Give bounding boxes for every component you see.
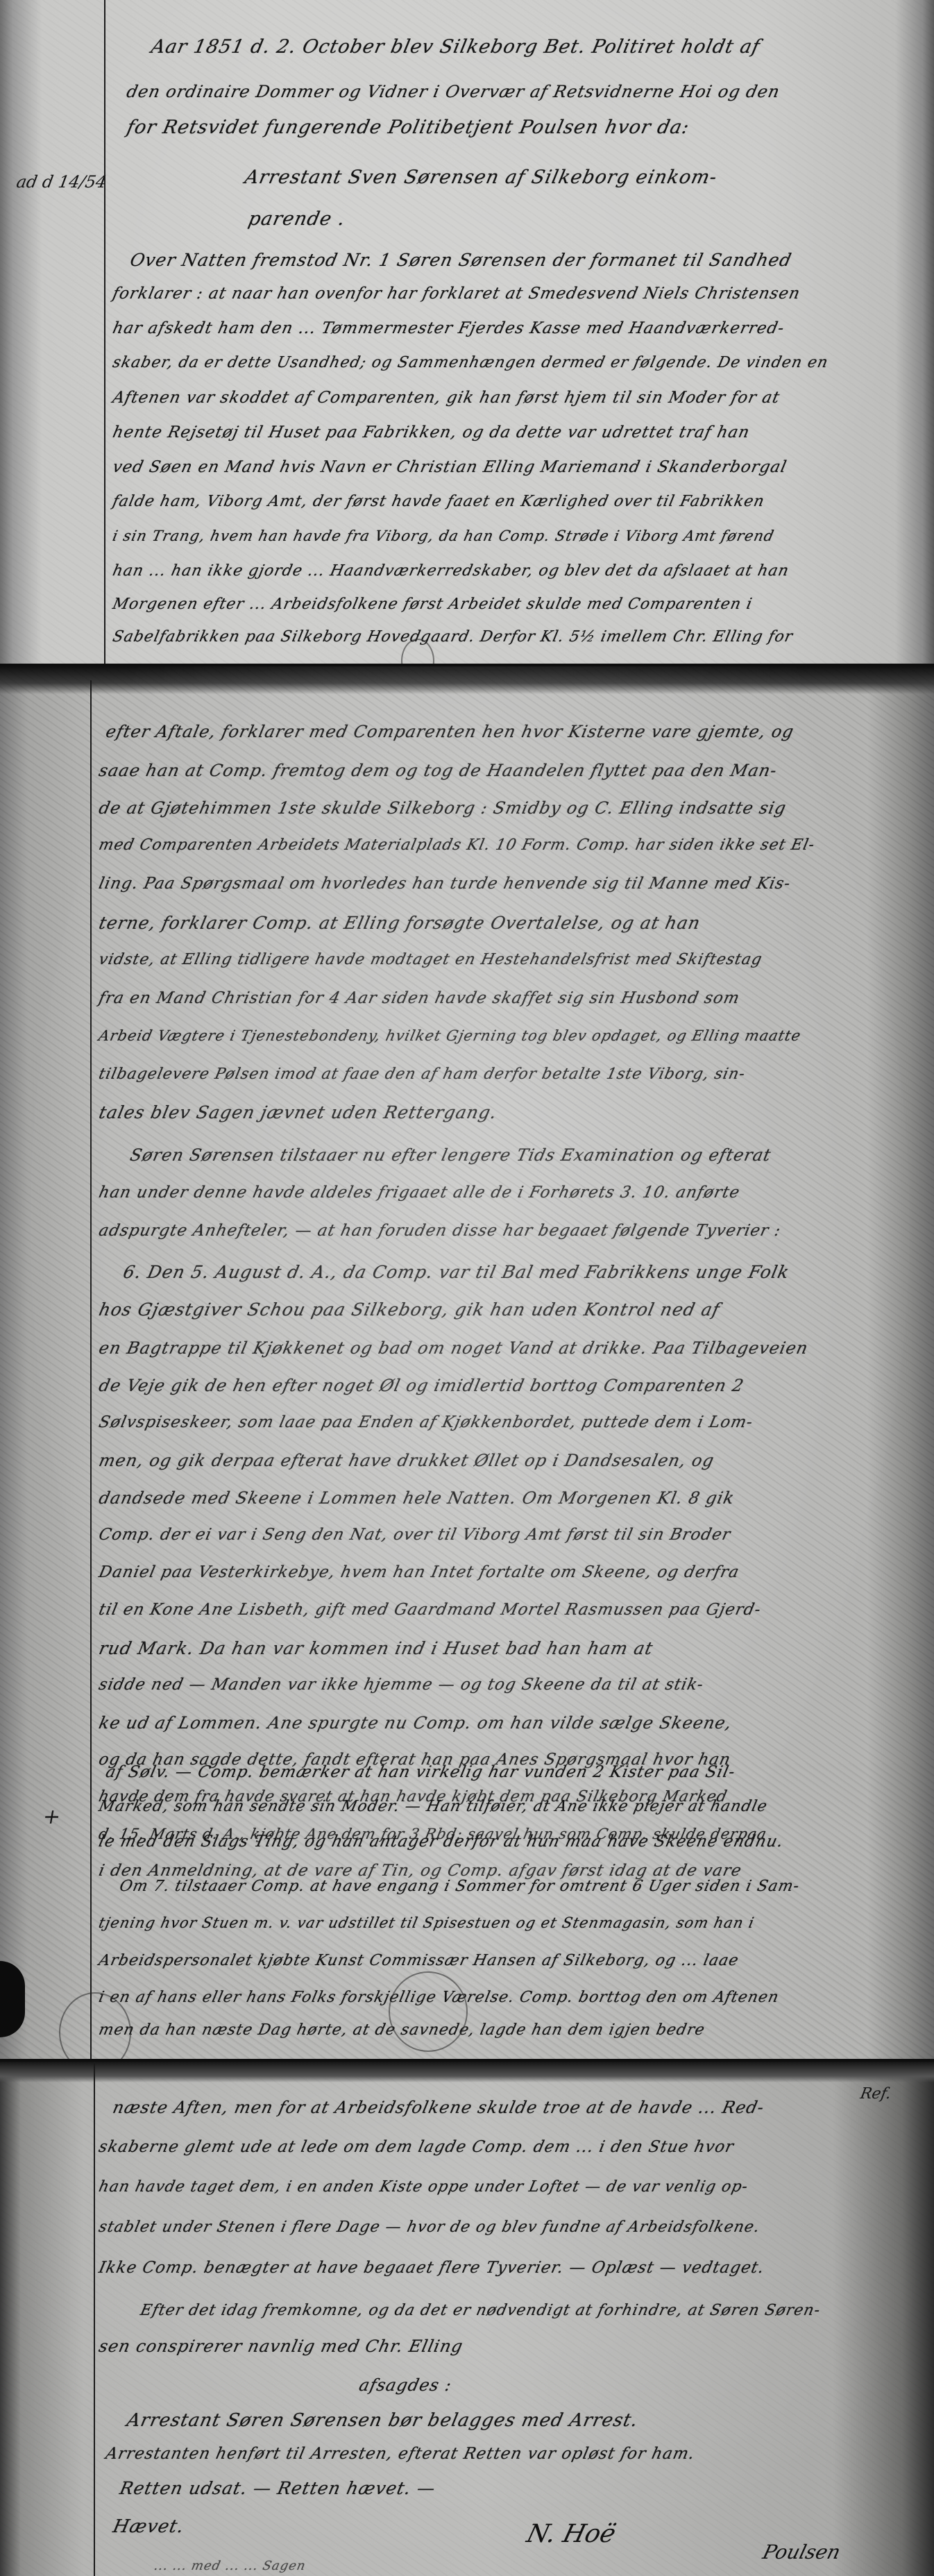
text-line: Sabelfabrikken paa Silkeborg Hovedgaard.… (111, 628, 795, 646)
text-line: falde ham, Viborg Amt, der først havde f… (111, 493, 766, 510)
text-line: af Sølv. — Comp. bemærker at han virkeli… (104, 1763, 737, 1781)
text-line: har afskedt ham den ... Tømmermester Fje… (111, 319, 786, 337)
text-line: hente Rejsetøj til Huset paa Fabrikken, … (111, 423, 752, 441)
closing-word: Hævet. (111, 2516, 186, 2537)
text-line: Arrestant Sven Sørensen af Silkeborg ein… (243, 167, 719, 188)
footer-fragment: ... ... med ... ... Sagen (153, 2559, 307, 2573)
text-line: Retten udsat. — Retten hævet. — (118, 2478, 437, 2498)
text-line: han ... han ikke gjorde ... Haandværkerr… (111, 562, 790, 580)
text-line: Arrestant Søren Sørensen bør belagges me… (125, 2410, 640, 2431)
signature-hoe: N. Hoë (524, 2520, 619, 2548)
text-line: Aftenen var skoddet af Comparenten, gik … (111, 389, 781, 407)
text-line: parende . (246, 208, 348, 230)
page-scan-2-end: af Sølv. — Comp. bemærker at han virkeli… (0, 1763, 934, 2062)
text-line: Om 7. tilstaaer Comp. at have engang i S… (118, 1878, 801, 1895)
stamp-circle (389, 1971, 468, 2052)
margin-note: ad d 14/54 (15, 172, 108, 192)
scan-shadow (0, 2062, 934, 2082)
text-line: sen conspirerer navnlig med Chr. Elling (97, 2337, 465, 2356)
text-line: tjening hvor Stuen m. v. var udstillet t… (97, 1914, 756, 1931)
text-line: skaberne glemt ude at lede om dem lagde … (97, 2138, 736, 2156)
text-line: Marked, som han sendte sin Moder. — Han … (97, 1798, 769, 1815)
text-line: le med den Slags Ting, og han antager de… (97, 1833, 786, 1851)
text-line: skaber, da er dette Usandhed; og Sammenh… (111, 354, 830, 371)
text-line: stablet under Stenen i flere Dage — hvor… (97, 2219, 762, 2236)
text-line: i sin Trang, hvem han havde fra Viborg, … (111, 528, 776, 544)
text-line: den ordinaire Dommer og Vidner i Overvær… (125, 82, 782, 101)
text-line: Over Natten fremstod Nr. 1 Søren Sørense… (128, 250, 794, 270)
margin-rule (94, 2062, 95, 2576)
text-line: for Retsvidet fungerende Politibetjent P… (125, 117, 691, 138)
signature-poulsen: Poulsen (761, 2541, 843, 2564)
page-scan-1: ad d 14/54 Aar 1851 d. 2. October blev S… (0, 0, 934, 665)
margin-rule (104, 0, 105, 665)
text-line: Arbeidspersonalet kjøbte Kunst Commissær… (97, 1952, 740, 1969)
text-line: afsagdes : (357, 2375, 454, 2395)
text-line: Ikke Comp. benægter at have begaaet fler… (97, 2259, 766, 2277)
text-line: han havde taget dem, i en anden Kiste op… (97, 2178, 750, 2196)
text-line: forklarer : at naar han ovenfor har fork… (111, 285, 802, 303)
page-hole-shadow (0, 1961, 25, 2037)
text-line: Morgenen efter ... Arbeidsfolkene først … (111, 596, 754, 613)
text-line: Aar 1851 d. 2. October blev Silkeborg Be… (149, 36, 762, 58)
corner-note: Ref. (859, 2085, 892, 2103)
text-line: næste Aften, men for at Arbeidsfolkene s… (111, 2098, 766, 2117)
text-line: ved Søen en Mand hvis Navn er Christian … (111, 458, 788, 476)
page-scan-3: Ref. næste Aften, men for at Arbeidsfolk… (0, 2062, 934, 2576)
text-line: Arrestanten henført til Arresten, eftera… (104, 2445, 697, 2463)
text-line: Efter det idag fremkomne, og da det er n… (139, 2302, 822, 2319)
